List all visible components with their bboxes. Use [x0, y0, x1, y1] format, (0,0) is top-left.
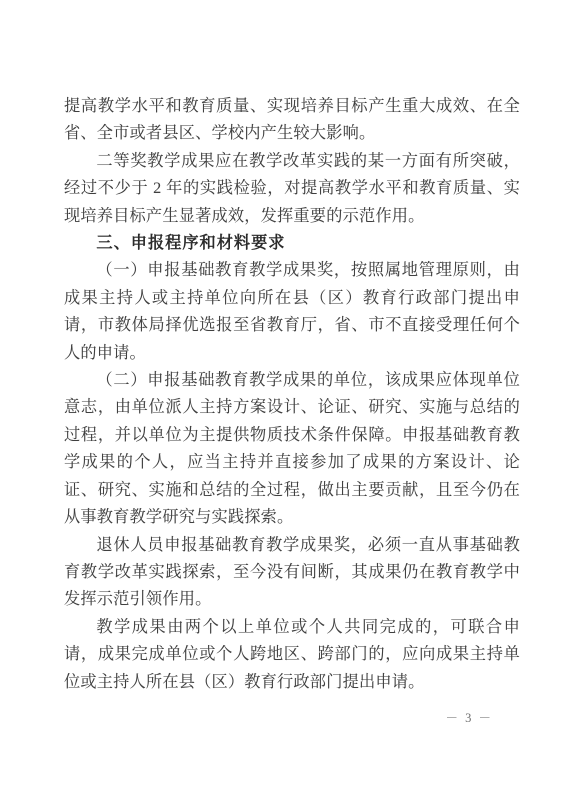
document-paragraph: 二等奖教学成果应在教学改革实践的某一方面有所突破，经过不少于 2 年的实践检验，…: [64, 148, 520, 230]
document-body: 提高教学水平和教育质量、实现培养目标产生重大成效、在全省、全市或者县区、学校内产…: [64, 93, 520, 696]
page-number: － 3 －: [445, 708, 493, 726]
section-heading: 三、申报程序和材料要求: [64, 230, 520, 257]
scanned-document-page: 提高教学水平和教育质量、实现培养目标产生重大成效、在全省、全市或者县区、学校内产…: [0, 0, 565, 800]
document-paragraph: （二）申报基础教育教学成果的单位，该成果应体现单位意志，由单位派人主持方案设计、…: [64, 367, 520, 531]
document-paragraph: 退休人员申报基础教育教学成果奖，必须一直从事基础教育教学改革实践探索，至今没有间…: [64, 532, 520, 614]
document-paragraph: 教学成果由两个以上单位或个人共同完成的，可联合申请，成果完成单位或个人跨地区、跨…: [64, 614, 520, 696]
document-paragraph: 提高教学水平和教育质量、实现培养目标产生重大成效、在全省、全市或者县区、学校内产…: [64, 93, 520, 148]
document-paragraph: （一）申报基础教育教学成果奖，按照属地管理原则，由成果主持人或主持单位向所在县（…: [64, 257, 520, 367]
